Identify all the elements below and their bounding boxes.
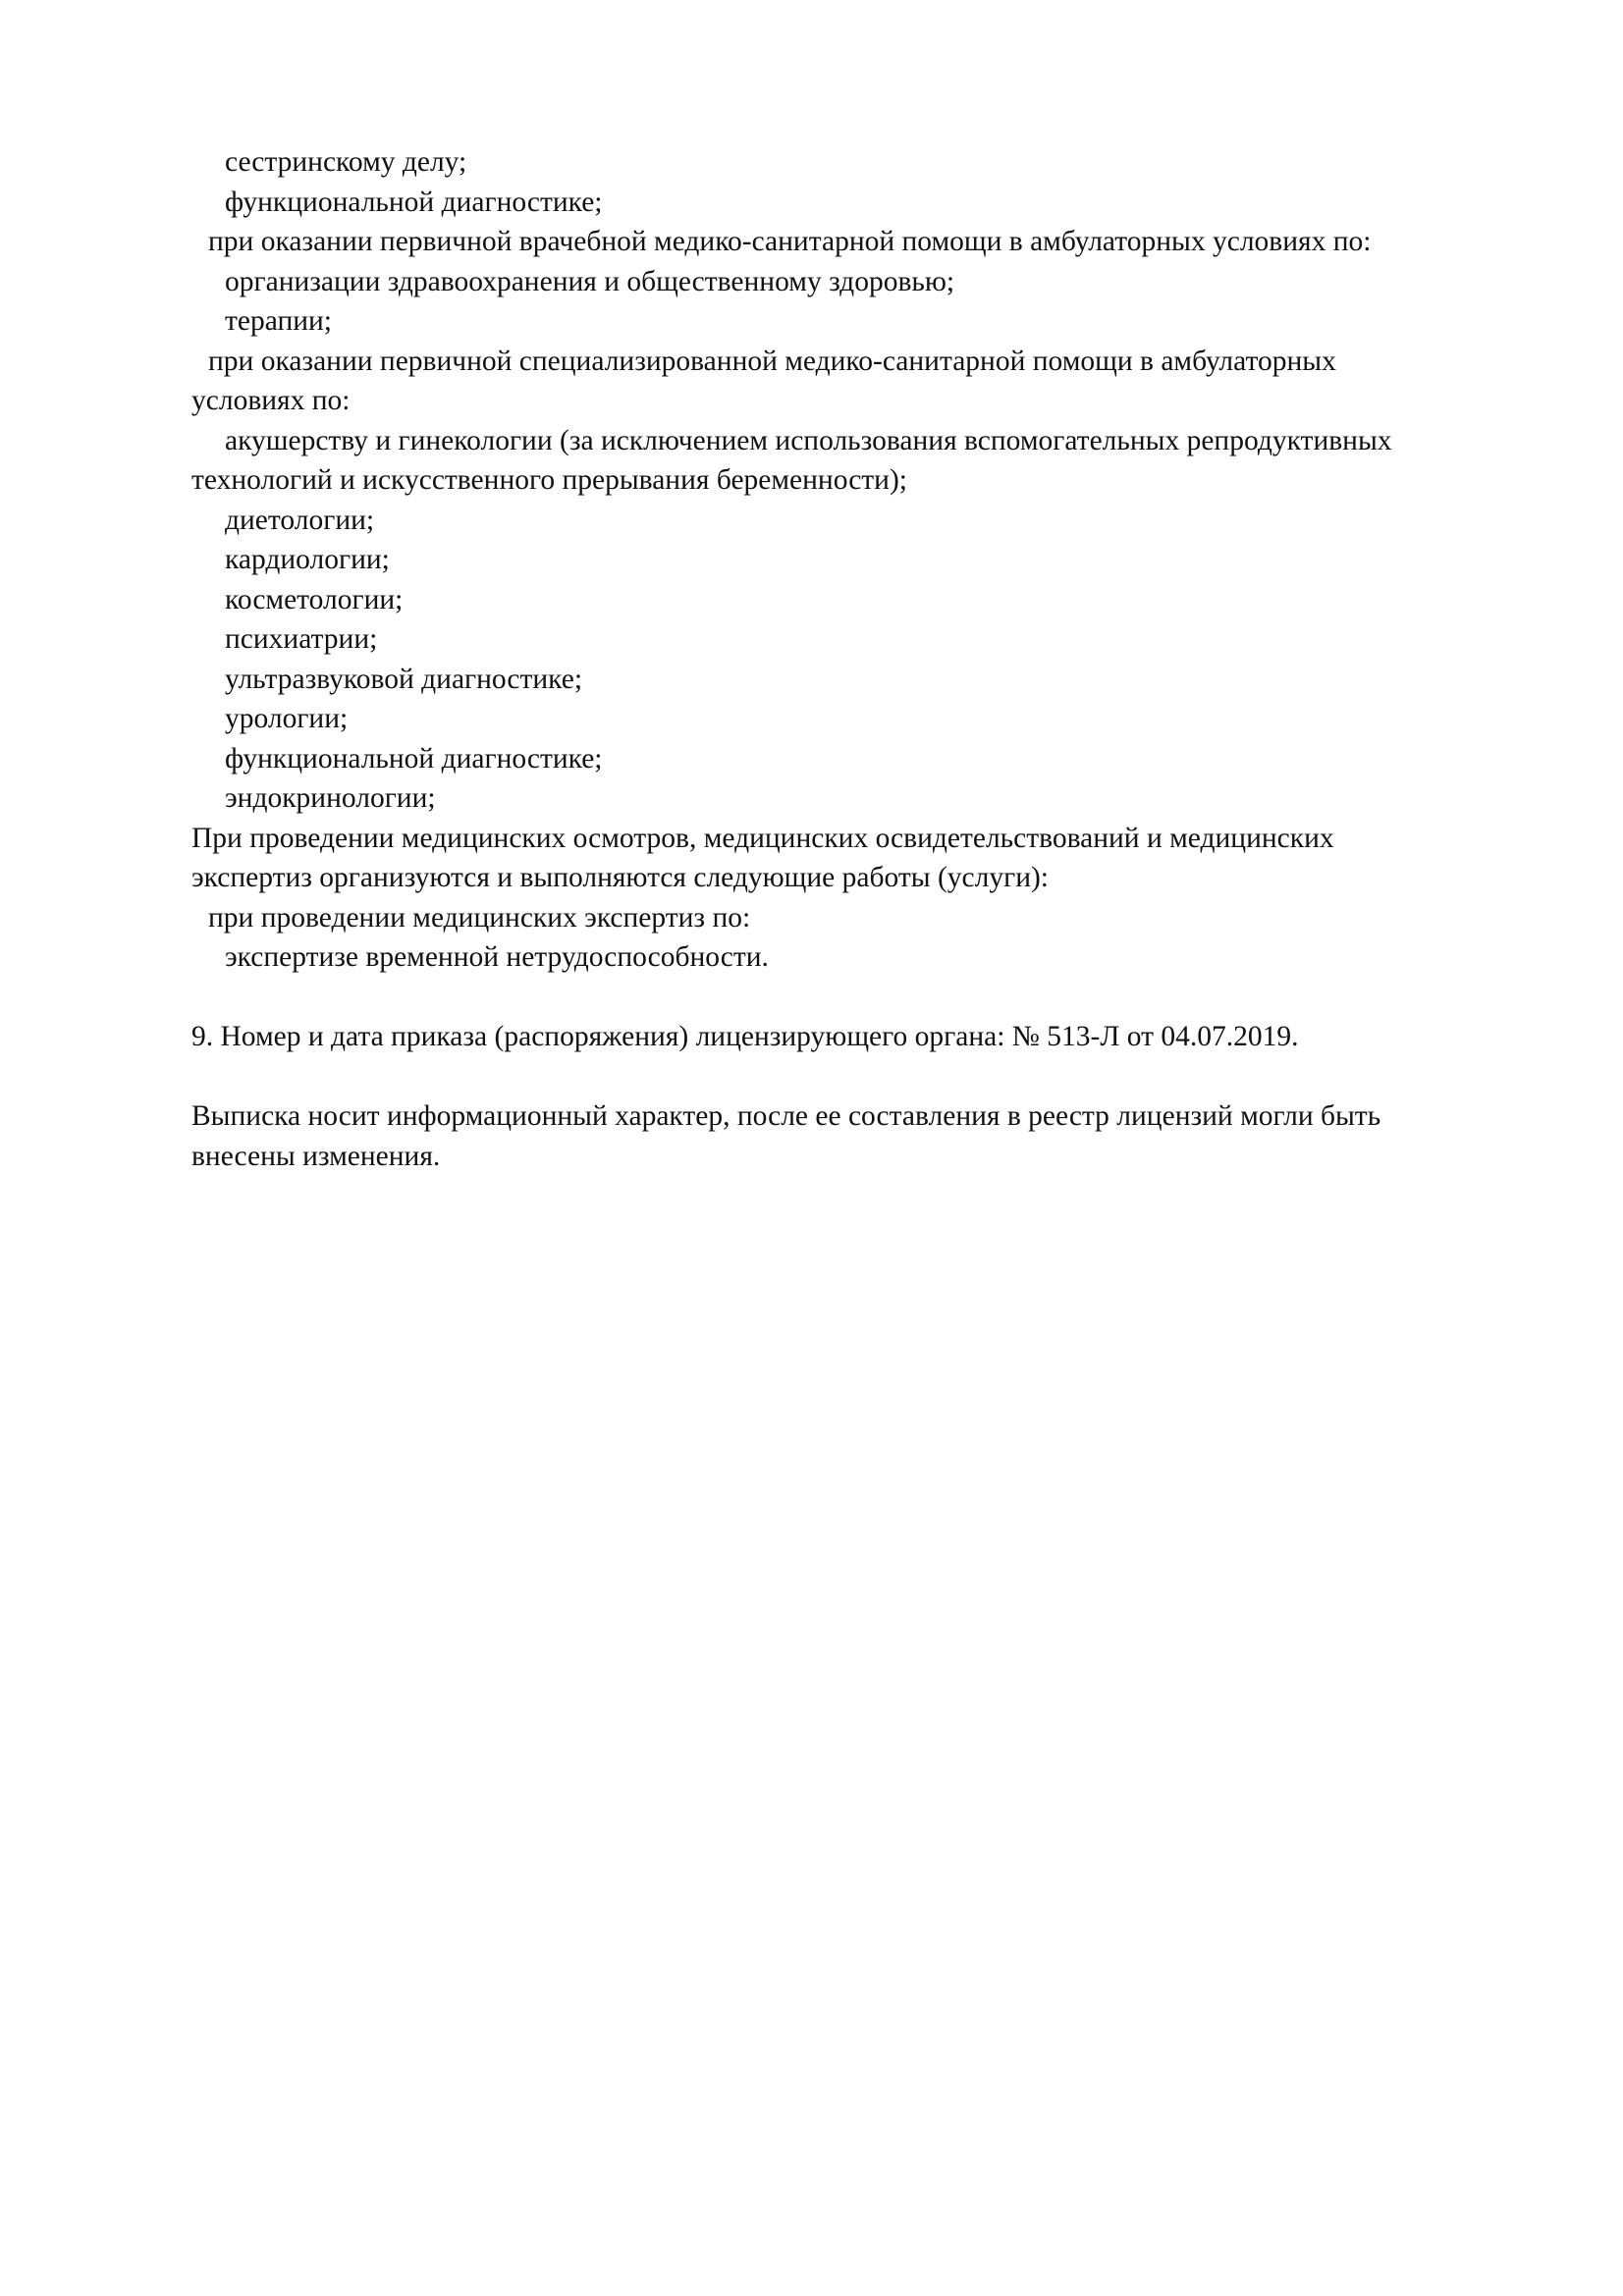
disclaimer-line: внесены изменения. (191, 1137, 1556, 1177)
spacer (191, 978, 1556, 1018)
service-item: функциональной диагностике; (191, 739, 1556, 779)
document-body: сестринскому делу; функциональной диагно… (191, 142, 1556, 1176)
service-item: косметологии; (191, 580, 1556, 620)
service-item: функциональной диагностике; (191, 183, 1556, 223)
service-item: акушерству и гинекологии (за исключением… (191, 421, 1556, 461)
care-type-heading-continued: условиях по: (191, 381, 1556, 421)
care-type-heading: при оказании первичной врачебной медико-… (191, 222, 1556, 262)
exams-section-heading-continued: экспертиз организуются и выполняются сле… (191, 858, 1556, 898)
document-page: сестринскому делу; функциональной диагно… (0, 0, 1623, 2296)
spacer (191, 1057, 1556, 1097)
disclaimer-line: Выписка носит информационный характер, п… (191, 1096, 1556, 1137)
care-type-heading: при проведении медицинских экспертиз по: (191, 898, 1556, 938)
service-item: организации здравоохранения и общественн… (191, 262, 1556, 302)
service-item: ультразвуковой диагностике; (191, 660, 1556, 700)
order-item-9: 9. Номер и дата приказа (распоряжения) л… (191, 1017, 1556, 1057)
service-item: эндокринологии; (191, 778, 1556, 819)
service-item: кардиологии; (191, 540, 1556, 580)
service-item: диетологии; (191, 501, 1556, 541)
care-type-heading: при оказании первичной специализированно… (191, 342, 1556, 382)
service-item: психиатрии; (191, 619, 1556, 660)
service-item: урологии; (191, 699, 1556, 739)
service-item: терапии; (191, 301, 1556, 342)
exams-section-heading: При проведении медицинских осмотров, мед… (191, 819, 1556, 859)
service-item-continued: технологий и искусственного прерывания б… (191, 460, 1556, 501)
service-item: экспертизе временной нетрудоспособности. (191, 937, 1556, 978)
service-item: сестринскому делу; (191, 142, 1556, 183)
